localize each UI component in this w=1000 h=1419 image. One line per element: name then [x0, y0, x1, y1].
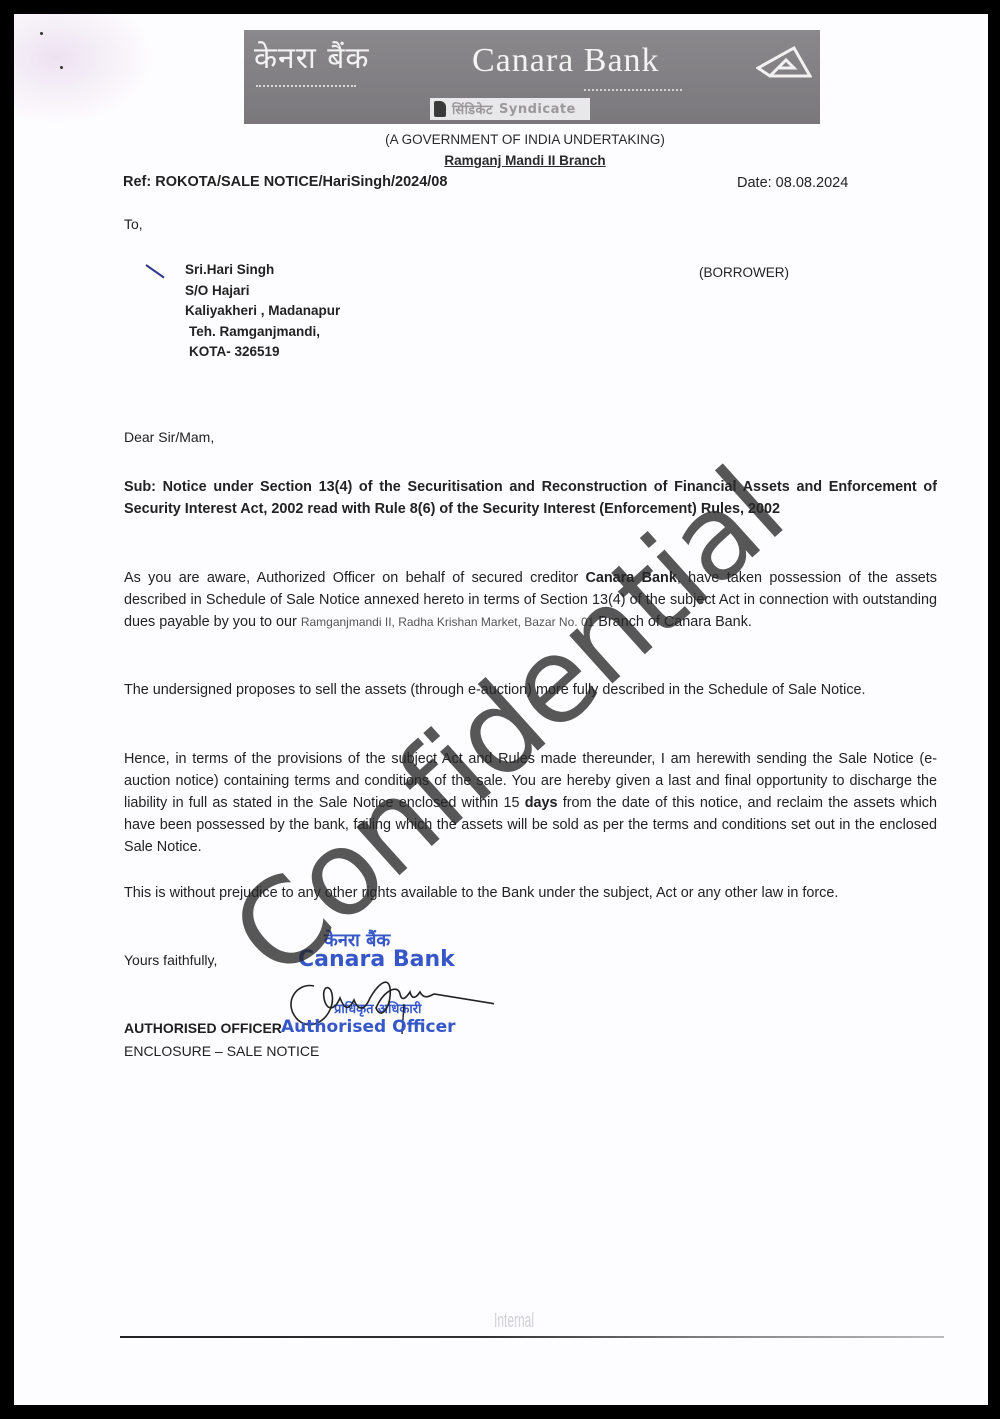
- bank-tagline-hindi: [256, 82, 356, 87]
- stamp-officer-english: Authorised Officer: [281, 1017, 456, 1037]
- scan-speck: [40, 32, 43, 35]
- scan-speck: [60, 66, 63, 69]
- address-line: Sri.Hari Singh: [185, 260, 340, 281]
- reference-number: Ref: ROKOTA/SALE NOTICE/HariSingh/2024/0…: [123, 174, 447, 190]
- syndicate-logo-icon: [434, 101, 446, 117]
- to-label: To,: [124, 216, 143, 232]
- branch-address: Ramganjmandi II, Radha Krishan Market, B…: [301, 615, 594, 629]
- paragraph-sale-proposal: The undersigned proposes to sell the ass…: [124, 679, 937, 701]
- salutation: Dear Sir/Mam,: [124, 429, 214, 445]
- paragraph-text: Branch of Canara Bank.: [594, 614, 752, 630]
- signatory-title: AUTHORISED OFFICER: [124, 1020, 282, 1036]
- address-line: Teh. Ramganjmandi,: [185, 322, 340, 343]
- paragraph-without-prejudice: This is without prejudice to any other r…: [124, 882, 937, 904]
- branch-name-text: Ramganj Mandi II Branch: [444, 153, 605, 168]
- syndicate-english: Syndicate: [499, 102, 576, 117]
- syndicate-hindi: सिंडिकेट: [452, 100, 493, 118]
- branch-name: Ramganj Mandi II Branch: [14, 153, 988, 168]
- paragraph-possession: As you are aware, Authorized Officer on …: [124, 567, 937, 633]
- scan-blemish: [14, 14, 154, 124]
- address-line: S/O Hajari: [185, 281, 340, 302]
- classification-label: Internal: [494, 1310, 534, 1333]
- government-undertaking-line: (A GOVERNMENT OF INDIA UNDERTAKING): [14, 132, 988, 147]
- bank-name-hindi: केनरा बैंक: [254, 36, 369, 77]
- bank-name-bold: Canara Bank: [585, 570, 676, 586]
- address-line: KOTA- 326519: [185, 342, 340, 363]
- subject-line: Sub: Notice under Section 13(4) of the S…: [124, 476, 937, 520]
- pen-tick-mark: [145, 264, 164, 278]
- syndicate-badge: सिंडिकेट Syndicate: [430, 98, 590, 120]
- enclosure-note: ENCLOSURE – SALE NOTICE: [124, 1043, 319, 1059]
- paragraph-text: As you are aware, Authorized Officer on …: [124, 570, 585, 586]
- letter-date: Date: 08.08.2024: [737, 175, 848, 191]
- paragraph-final-opportunity: Hence, in terms of the provisions of the…: [124, 748, 937, 858]
- letter-page: केनरा बैंक Canara Bank सिंडिकेट Syndicat…: [14, 14, 988, 1405]
- confidential-watermark: Confidential: [206, 442, 808, 1004]
- canara-triangle-logo-icon: [756, 46, 812, 80]
- footer-divider: [120, 1336, 944, 1338]
- bank-tagline-english: [584, 86, 682, 91]
- address-line: Kaliyakheri , Madanapur: [185, 301, 340, 322]
- days-bold: days: [525, 795, 558, 811]
- bank-name-english: Canara Bank: [472, 42, 660, 80]
- letterhead-banner: केनरा बैंक Canara Bank सिंडिकेट Syndicat…: [244, 30, 820, 124]
- valediction: Yours faithfully,: [124, 952, 217, 968]
- recipient-role: (BORROWER): [699, 265, 789, 280]
- recipient-address: Sri.Hari Singh S/O Hajari Kaliyakheri , …: [185, 260, 340, 363]
